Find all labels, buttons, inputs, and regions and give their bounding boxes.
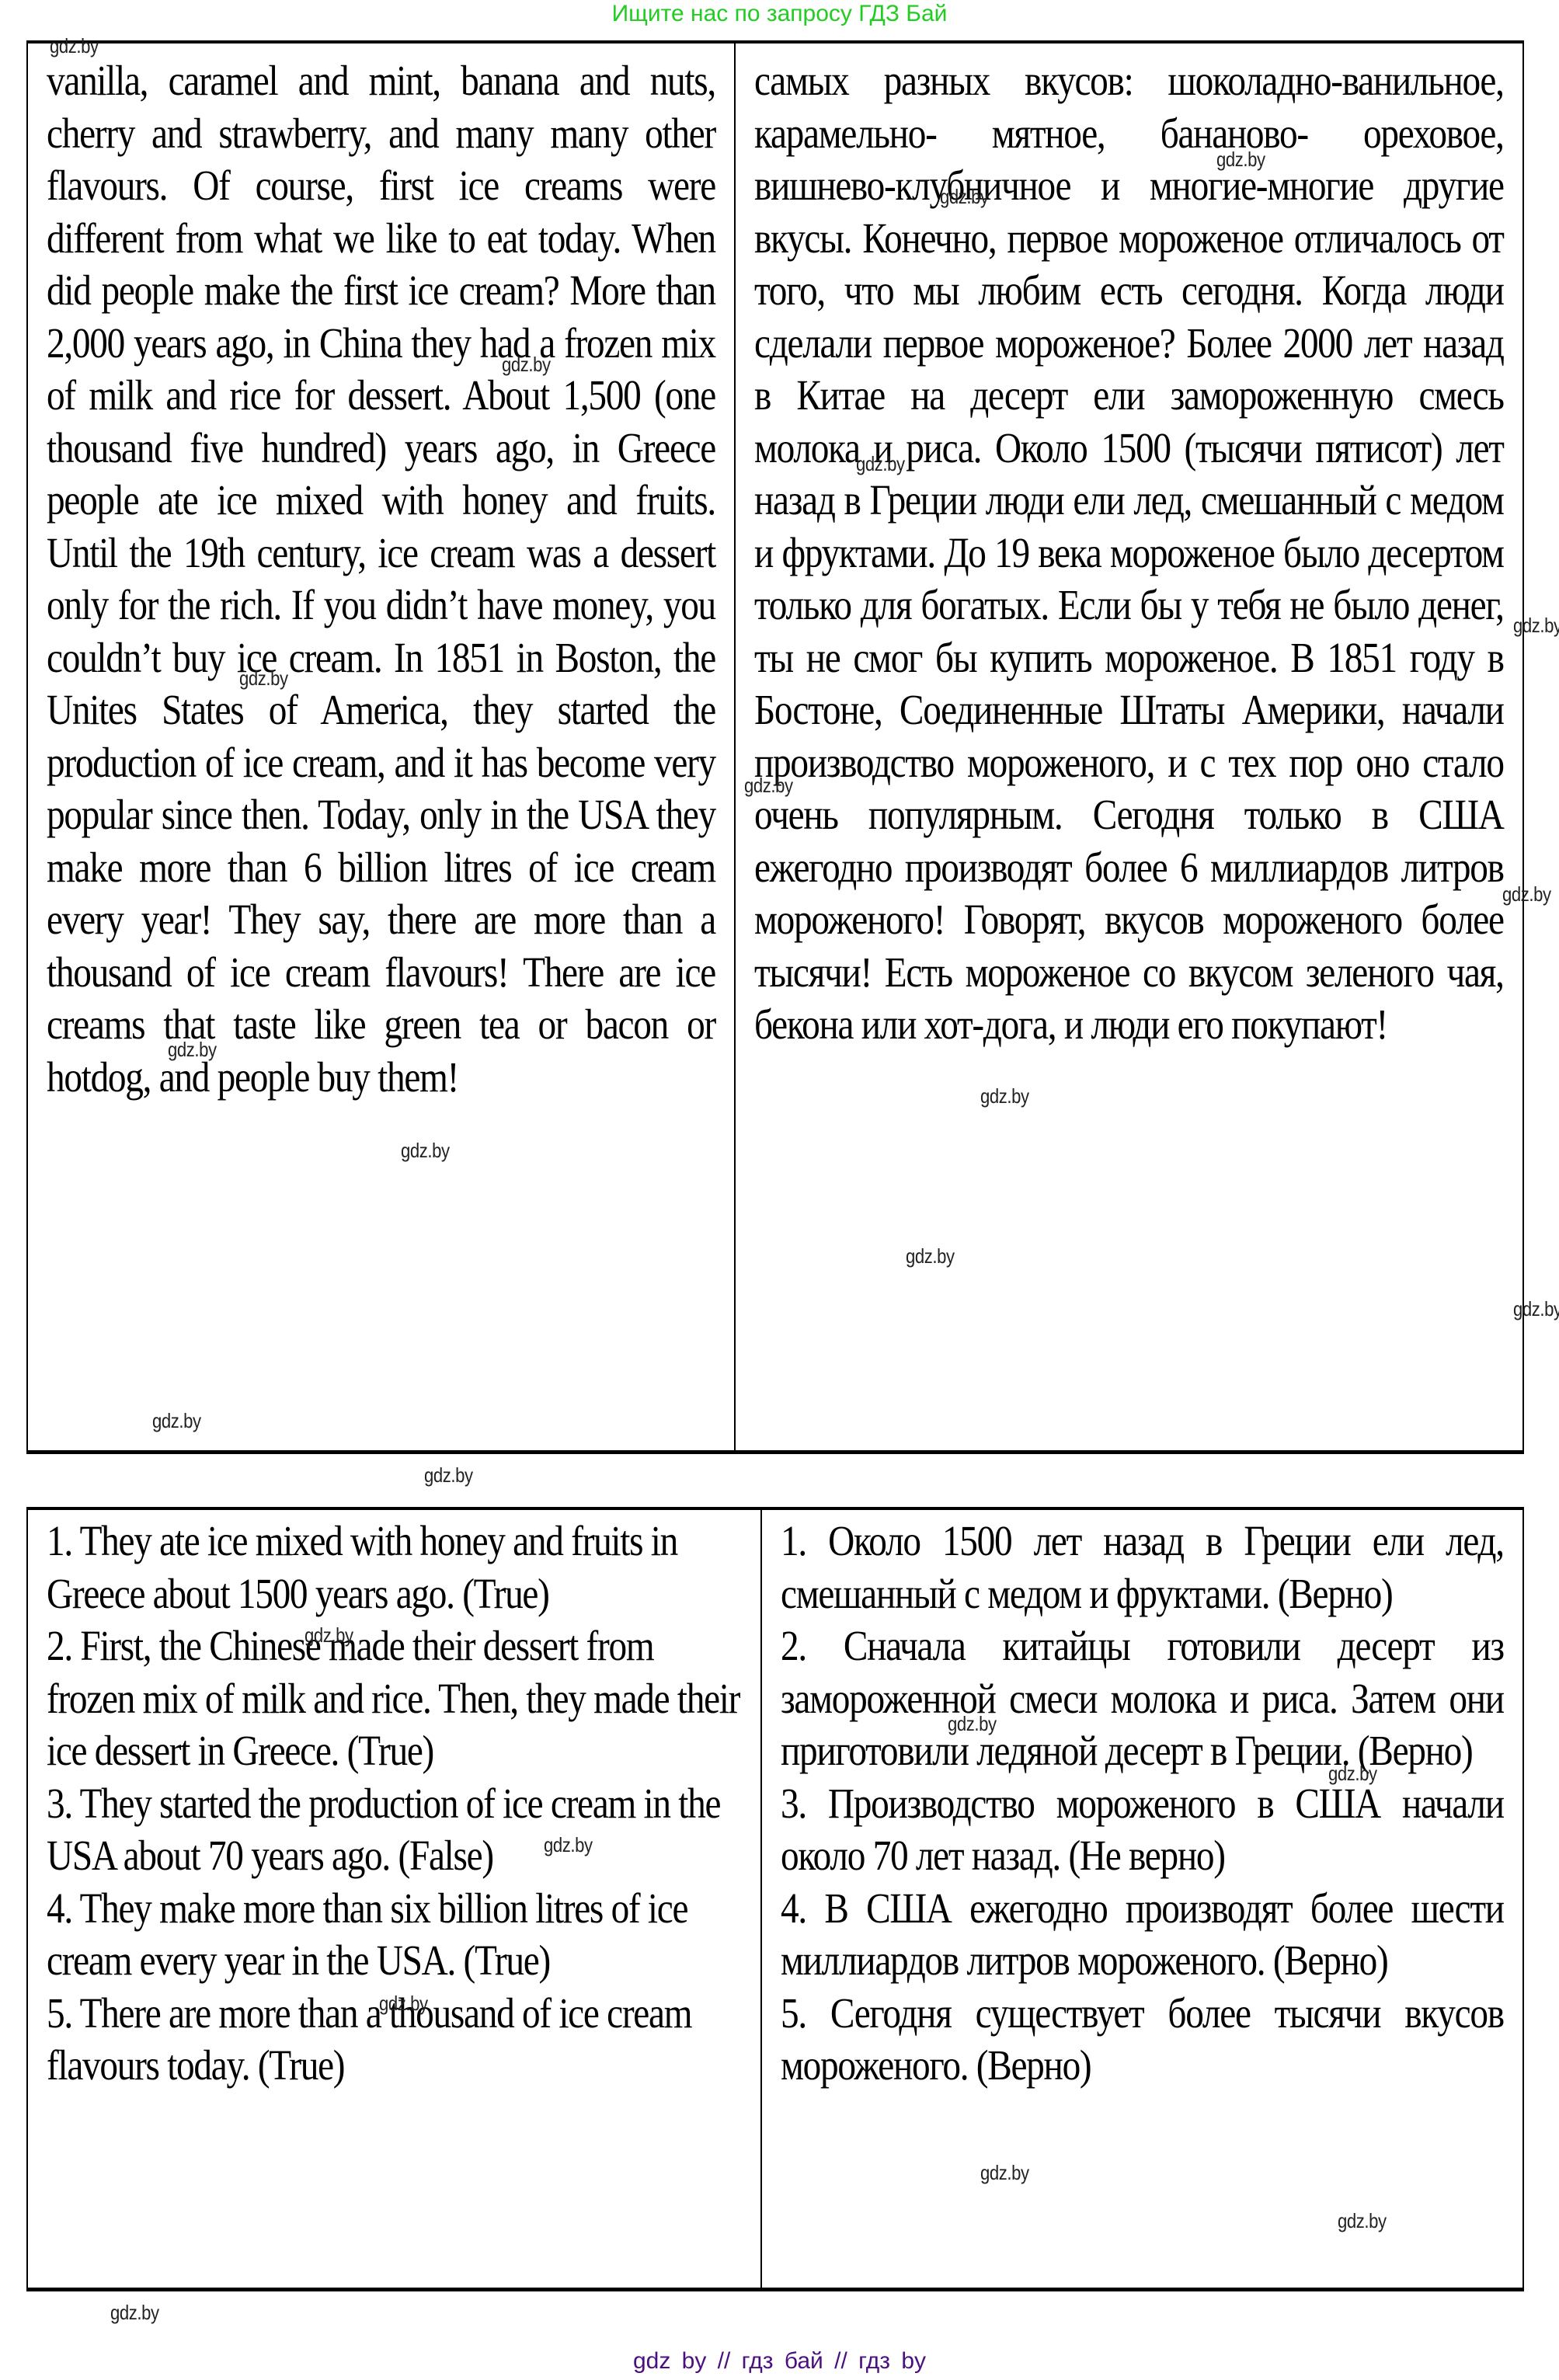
answer-item: 2. First, the Chinese made their dessert… — [47, 1620, 745, 1777]
watermark: gdz.by — [50, 34, 99, 58]
watermark: gdz.by — [1216, 148, 1265, 172]
answer-item: 5. Сегодня существует более тысячи вкусо… — [781, 1987, 1504, 2092]
watermark: gdz.by — [168, 1038, 217, 1062]
answer-item: 2. Сначала китайцы готовили десерт из за… — [781, 1620, 1504, 1777]
reading-text-table: vanilla, caramel and mint, banana and nu… — [26, 40, 1524, 1454]
russian-answers-cell: 1. Около 1500 лет назад в Греции ели лед… — [762, 1510, 1522, 2288]
answer-item: 4. В США ежегодно производят более шести… — [781, 1882, 1504, 1987]
watermark: gdz.by — [1502, 882, 1551, 906]
watermark: gdz.by — [110, 2301, 159, 2325]
answer-item: 3. Производство мороженого в США начали … — [781, 1777, 1504, 1882]
watermark: gdz.by — [544, 1833, 593, 1857]
watermark: gdz.by — [502, 353, 551, 377]
watermark: gdz.by — [980, 2161, 1029, 2185]
russian-answers: 1. Около 1500 лет назад в Греции ели лед… — [781, 1515, 1504, 2092]
answers-table: 1. They ate ice mixed with honey and fru… — [26, 1507, 1524, 2291]
english-text: vanilla, caramel and mint, banana and nu… — [47, 54, 715, 1103]
watermark: gdz.by — [424, 1463, 473, 1487]
watermark: gdz.by — [304, 1623, 353, 1648]
watermark: gdz.by — [401, 1139, 450, 1163]
watermark: gdz.by — [948, 1712, 997, 1736]
watermark: gdz.by — [1338, 2209, 1387, 2233]
search-hint-banner: Ищите нас по запросу ГДЗ Бай — [0, 0, 1559, 31]
answer-item: 4. They make more than six billion litre… — [47, 1882, 745, 1987]
answer-item: 1. Около 1500 лет назад в Греции ели лед… — [781, 1515, 1504, 1620]
watermark: gdz.by — [379, 1992, 428, 2016]
watermark: gdz.by — [152, 1409, 201, 1433]
answer-item: 1. They ate ice mixed with honey and fru… — [47, 1515, 745, 1620]
english-answers-cell: 1. They ate ice mixed with honey and fru… — [28, 1510, 762, 2288]
watermark: gdz.by — [239, 666, 288, 691]
watermark: gdz.by — [856, 452, 905, 476]
russian-text-cell: самых разных вкусов: шоколадно-ванильное… — [736, 43, 1522, 1450]
watermark: gdz.by — [940, 185, 989, 209]
russian-text: самых разных вкусов: шоколадно-ванильное… — [754, 54, 1504, 1051]
watermark: gdz.by — [744, 774, 793, 798]
footer-banner: gdz by // гдз бай // гдз by — [0, 2346, 1559, 2380]
watermark: gdz.by — [1328, 1762, 1377, 1786]
watermark: gdz.by — [1513, 1297, 1559, 1321]
watermark: gdz.by — [906, 1244, 955, 1268]
watermark: gdz.by — [980, 1084, 1029, 1108]
english-text-cell: vanilla, caramel and mint, banana and nu… — [28, 43, 736, 1450]
watermark: gdz.by — [1513, 614, 1559, 638]
answer-item: 3. They started the production of ice cr… — [47, 1777, 745, 1882]
